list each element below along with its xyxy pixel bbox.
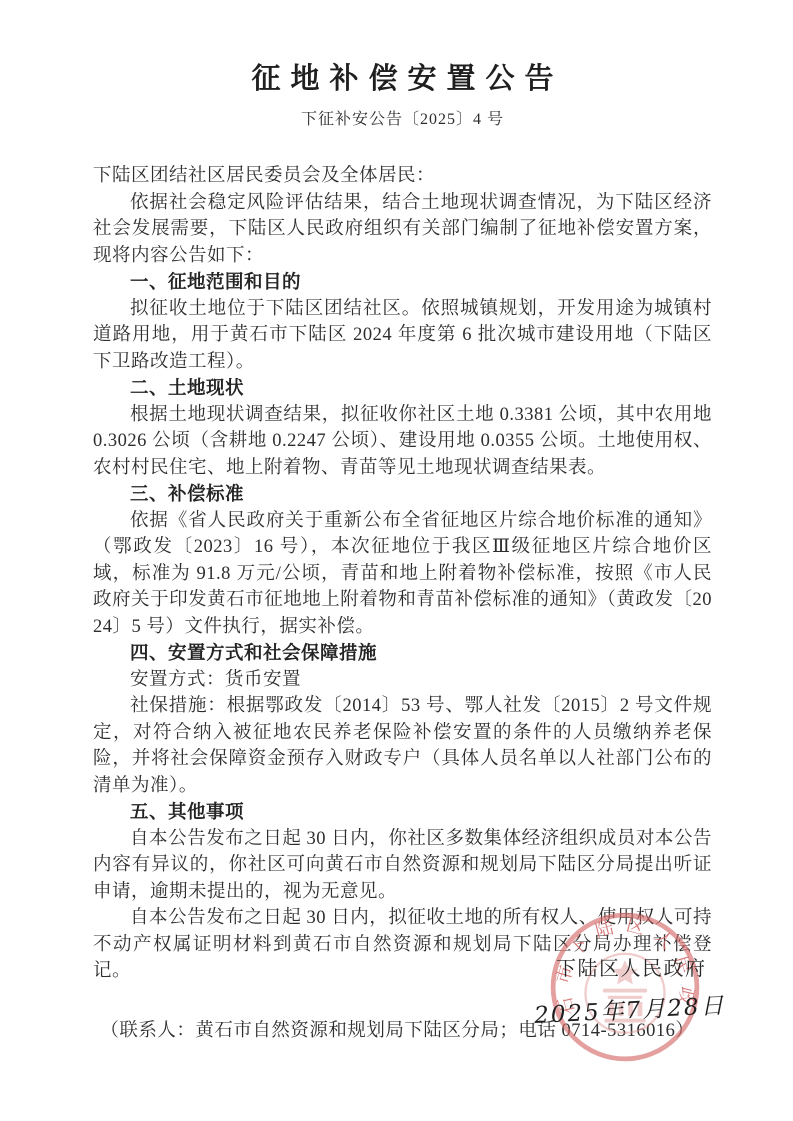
section-3-heading: 三、补偿标准 bbox=[93, 481, 712, 508]
section-4-heading: 四、安置方式和社会保障措施 bbox=[93, 640, 712, 667]
salutation: 下陆区团结社区居民委员会及全体居民： bbox=[93, 163, 712, 190]
signature-issuer: 下陆区人民政府 bbox=[556, 952, 716, 981]
section-2-heading: 二、土地现状 bbox=[93, 375, 712, 402]
section-4-paragraph-2: 社保措施：根据鄂政发〔2014〕53 号、鄂人社发〔2015〕2 号文件规定，对… bbox=[93, 693, 712, 799]
document-title: 征地补偿安置公告 bbox=[93, 56, 712, 102]
section-2-paragraph-1: 根据土地现状调查结果，拟征收你社区土地 0.3381 公顷，其中农用地 0.30… bbox=[93, 402, 712, 482]
section-4-paragraph-1: 安置方式：货币安置 bbox=[93, 667, 712, 694]
section-3-paragraph-1: 依据《省人民政府关于重新公布全省征地区片综合地价标准的通知》（鄂政发〔2023〕… bbox=[93, 508, 712, 641]
section-5-heading: 五、其他事项 bbox=[93, 799, 712, 826]
signature-area: 黄石市下陆区人民政府 下陆区人民政府 2025年7月28日 bbox=[490, 890, 750, 1110]
intro-paragraph: 依据社会稳定风险评估结果，结合土地现状调查情况，为下陆区经济社会发展需要，下陆区… bbox=[93, 190, 712, 270]
announcement-page: 征地补偿安置公告 下征补安公告〔2025〕4 号 下陆区团结社区居民委员会及全体… bbox=[0, 0, 793, 1121]
official-seal-icon: 黄石市下陆区人民政府 bbox=[546, 902, 704, 1072]
doc-number: 下征补安公告〔2025〕4 号 bbox=[93, 108, 712, 132]
section-1-heading: 一、征地范围和目的 bbox=[93, 269, 712, 296]
section-1-paragraph-1: 拟征收土地位于下陆区团结社区。依照城镇规划，开发用途为城镇村道路用地，用于黄石市… bbox=[93, 296, 712, 376]
